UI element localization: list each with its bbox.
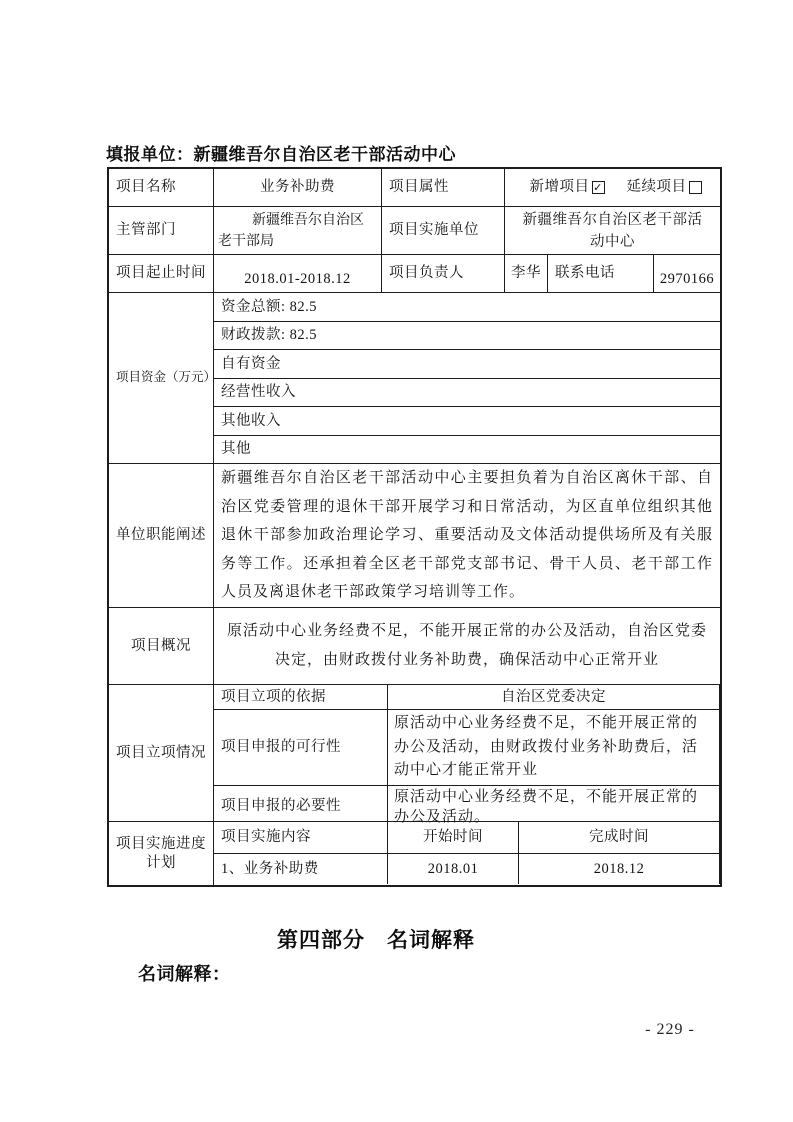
project-period-value: 2018.01-2018.12 (214, 255, 382, 292)
project-overview-text: 原活动中心业务经费不足，不能开展正常的办公及活动，自治区党委决定，由财政拨付业务… (214, 617, 720, 675)
continue-project-label: 延续项目 (627, 178, 687, 196)
approval-basis-value: 自治区党委决定 (388, 685, 720, 709)
funding-other-income: 其他收入 (214, 407, 720, 436)
approval-feasibility-row: 项目申报的可行性 原活动中心业务经费不足，不能开展正常的办公及活动，由财政拨付业… (214, 710, 720, 786)
check-icon: ✓ (593, 182, 603, 193)
project-period-label: 项目起止时间 (109, 255, 214, 292)
schedule-label: 项目实施进度计划 (109, 822, 214, 885)
checkbox-checked-icon: ✓ (592, 181, 605, 194)
contact-phone-label: 联系电话 (548, 255, 654, 292)
approval-feasibility-label: 项目申报的可行性 (214, 710, 388, 785)
impl-unit-value: 新疆维吾尔自治区老干部活动中心 (505, 207, 720, 254)
approval-feasibility-value: 原活动中心业务经费不足，不能开展正常的办公及活动，由财政拨付业务补助费后，活动中… (388, 710, 720, 785)
new-project-option: 新增项目 ✓ (530, 178, 605, 196)
schedule-rows: 项目实施内容 开始时间 完成时间 1、业务补助费 2018.01 2018.12 (214, 822, 720, 885)
schedule-section: 项目实施进度计划 项目实施内容 开始时间 完成时间 1、业务补助费 2018.0… (109, 822, 720, 885)
project-name-value: 业务补助费 (214, 169, 382, 206)
funding-rows: 资金总额: 82.5 财政拨款: 82.5 自有资金 经营性收入 其他收入 其他 (214, 293, 720, 463)
glossary-subheading: 名词解释： (138, 960, 231, 986)
funding-own: 自有资金 (214, 350, 720, 379)
project-attribute-label: 项目属性 (382, 169, 505, 206)
new-project-label: 新增项目 (530, 178, 590, 196)
funding-other: 其他 (214, 436, 720, 464)
page-title: 填报单位：新疆维吾尔自治区老干部活动中心 (106, 140, 456, 165)
approval-basis-label: 项目立项的依据 (214, 685, 388, 709)
funding-label: 项目资金（万元） (109, 293, 214, 463)
schedule-finish-value: 2018.12 (519, 854, 720, 884)
schedule-content-value: 1、业务补助费 (214, 854, 388, 884)
project-attribute-value: 新增项目 ✓ 延续项目 (505, 169, 720, 206)
unit-functions-label: 单位职能阐述 (109, 464, 214, 607)
impl-unit-text: 新疆维吾尔自治区老干部活动中心 (505, 209, 720, 253)
impl-unit-label: 项目实施单位 (382, 207, 505, 254)
funding-fiscal: 财政拨款: 82.5 (214, 322, 720, 351)
checkbox-unchecked-icon (689, 181, 702, 194)
project-leader-value: 李华 (505, 255, 548, 292)
project-overview-value: 原活动中心业务经费不足，不能开展正常的办公及活动，自治区党委决定，由财政拨付业务… (214, 608, 720, 684)
schedule-start-value: 2018.01 (388, 854, 519, 884)
continue-project-option: 延续项目 (627, 178, 702, 196)
schedule-start-header: 开始时间 (388, 822, 519, 853)
project-table: 项目名称 业务补助费 项目属性 新增项目 ✓ 延续项目 主管部门 新疆维吾尔自治… (107, 167, 722, 887)
approval-section: 项目立项情况 项目立项的依据 自治区党委决定 项目申报的可行性 原活动中心业务经… (109, 685, 720, 822)
unit-functions-text: 新疆维吾尔自治区老干部活动中心主要担负着为自治区离休干部、自治区党委管理的退休干… (214, 464, 720, 607)
approval-basis-row: 项目立项的依据 自治区党委决定 (214, 685, 720, 710)
table-row: 项目名称 业务补助费 项目属性 新增项目 ✓ 延续项目 (109, 169, 720, 207)
project-leader-label: 项目负责人 (382, 255, 505, 292)
unit-functions-value: 新疆维吾尔自治区老干部活动中心主要担负着为自治区离休干部、自治区党委管理的退休干… (214, 464, 720, 607)
project-overview-label: 项目概况 (109, 608, 214, 684)
document-page: 填报单位：新疆维吾尔自治区老干部活动中心 项目名称 业务补助费 项目属性 新增项… (0, 0, 793, 1122)
project-overview-section: 项目概况 原活动中心业务经费不足，不能开展正常的办公及活动，自治区党委决定，由财… (109, 608, 720, 685)
approval-rows: 项目立项的依据 自治区党委决定 项目申报的可行性 原活动中心业务经费不足，不能开… (214, 685, 720, 821)
approval-label: 项目立项情况 (109, 685, 214, 821)
contact-phone-value: 2970166 (654, 255, 720, 292)
section-heading: 第四部分 名词解释 (277, 924, 475, 954)
page-number: - 229 - (630, 1021, 710, 1039)
unit-functions-section: 单位职能阐述 新疆维吾尔自治区老干部活动中心主要担负着为自治区离休干部、自治区党… (109, 464, 720, 608)
funding-section: 项目资金（万元） 资金总额: 82.5 财政拨款: 82.5 自有资金 经营性收… (109, 293, 720, 464)
schedule-data-row: 1、业务补助费 2018.01 2018.12 (214, 854, 720, 884)
table-row: 项目起止时间 2018.01-2018.12 项目负责人 李华 联系电话 297… (109, 255, 720, 293)
approval-feasibility-text: 原活动中心业务经费不足，不能开展正常的办公及活动，由财政拨付业务补助费后，活动中… (388, 710, 719, 785)
supervisor-dept-value: 新疆维吾尔自治区老干部局 (214, 207, 382, 254)
schedule-content-header: 项目实施内容 (214, 822, 388, 853)
schedule-finish-header: 完成时间 (519, 822, 720, 853)
funding-total: 资金总额: 82.5 (214, 293, 720, 322)
schedule-header-row: 项目实施内容 开始时间 完成时间 (214, 822, 720, 854)
project-name-label: 项目名称 (109, 169, 214, 206)
funding-operating: 经营性收入 (214, 379, 720, 408)
table-row: 主管部门 新疆维吾尔自治区老干部局 项目实施单位 新疆维吾尔自治区老干部活动中心 (109, 207, 720, 255)
supervisor-dept-label: 主管部门 (109, 207, 214, 254)
supervisor-dept-text: 新疆维吾尔自治区老干部局 (214, 210, 381, 252)
